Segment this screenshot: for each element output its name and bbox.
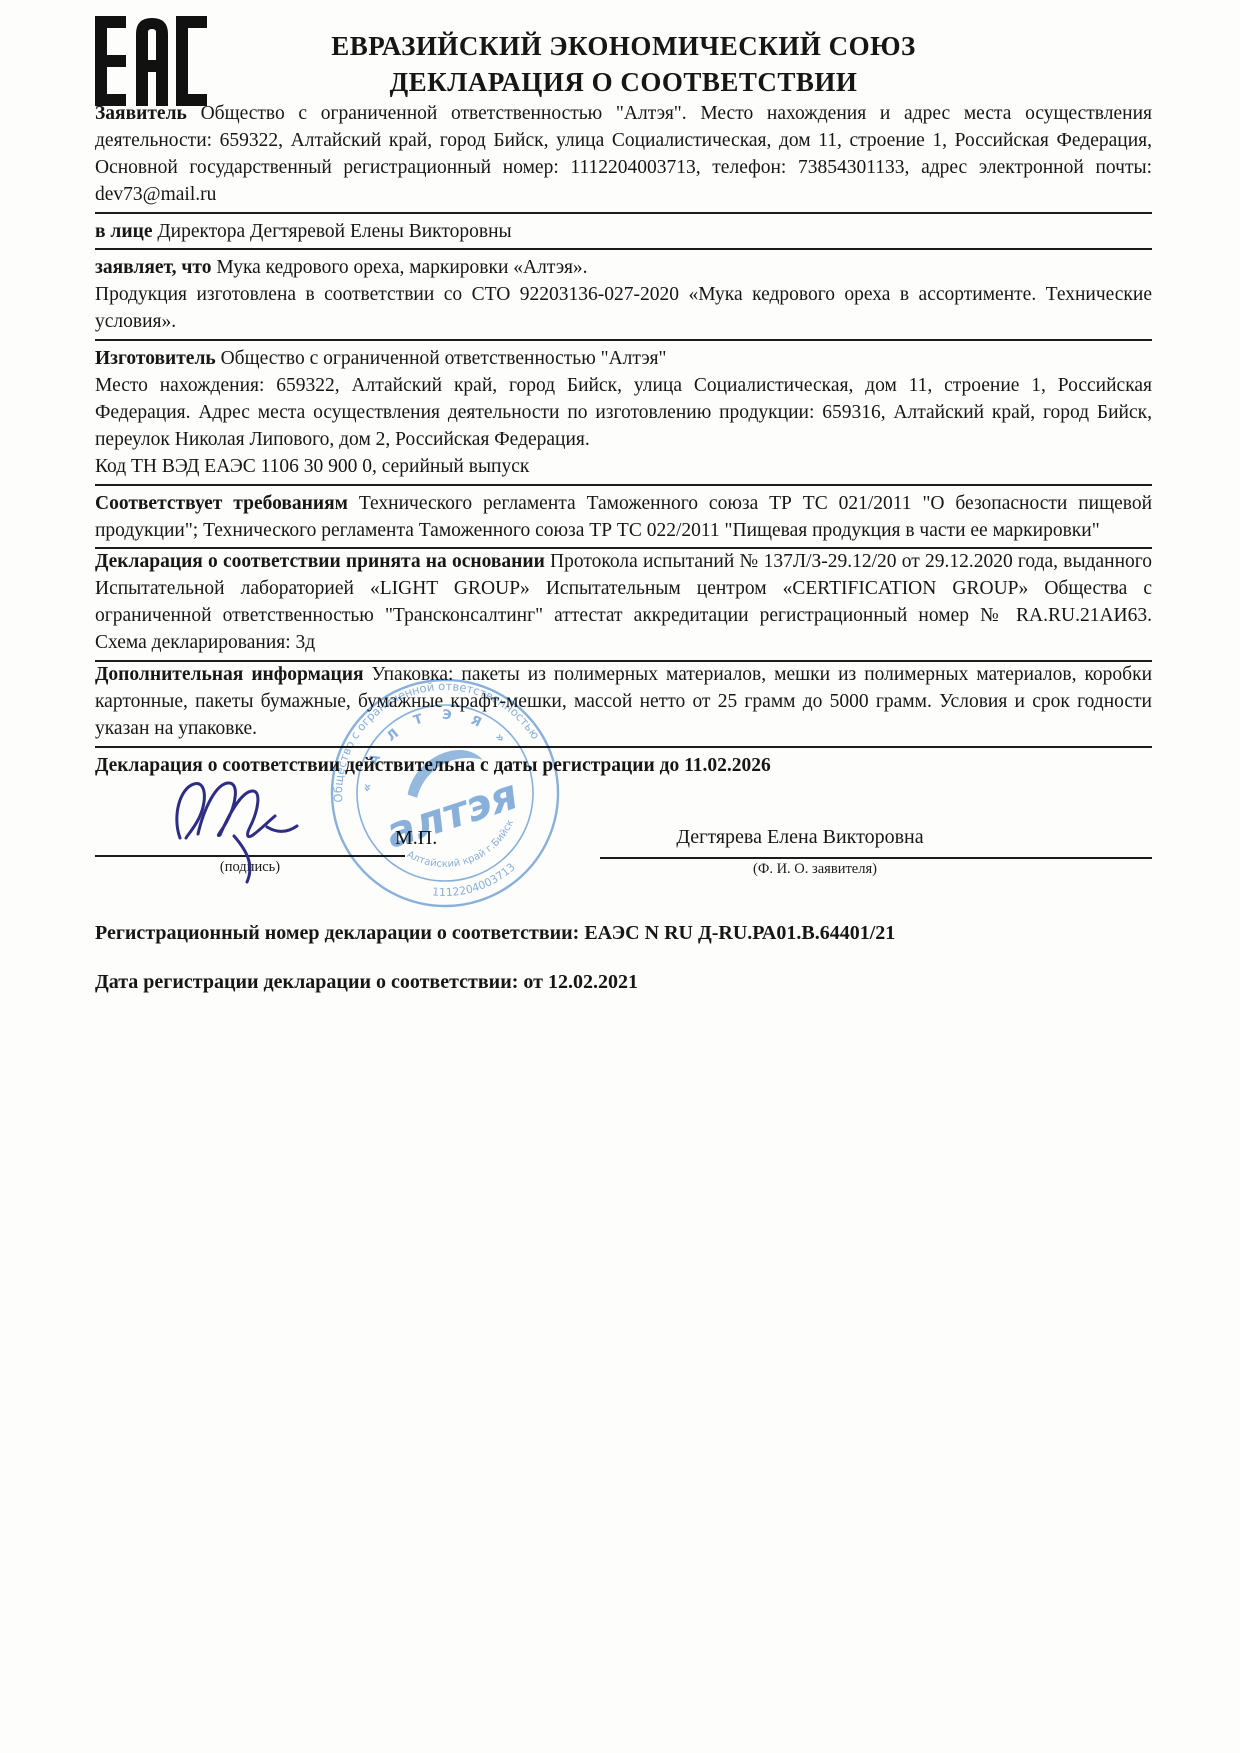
declaration-document: ЕВРАЗИЙСКИЙ ЭКОНОМИЧЕСКИЙ СОЮЗ ДЕКЛАРАЦИ… <box>0 0 1240 1753</box>
document-content: ЕВРАЗИЙСКИЙ ЭКОНОМИЧЕСКИЙ СОЮЗ ДЕКЛАРАЦИ… <box>95 0 1152 994</box>
section-complies: Соответствует требованиям Технического р… <box>95 486 1152 545</box>
registration-date-line: Дата регистрации декларации о соответств… <box>95 971 1152 994</box>
section-declares: заявляет, что Мука кедрового ореха, марк… <box>95 250 1152 282</box>
registration-number-value: ЕАЭС N RU Д-RU.РА01.В.64401/21 <box>584 922 895 944</box>
section-basis: Декларация о соответствии принята на осн… <box>95 549 1152 657</box>
signature-stroke <box>150 774 450 884</box>
registration-number-label: Регистрационный номер декларации о соотв… <box>95 922 579 944</box>
declares-product: Мука кедрового ореха, маркировки «Алтэя»… <box>216 257 587 278</box>
complies-label: Соответствует требованиям <box>95 493 348 514</box>
declares-label: заявляет, что <box>95 257 212 278</box>
title-line-2: ДЕКЛАРАЦИЯ О СООТВЕТСТВИИ <box>390 67 858 97</box>
section-represented-by: в лице Директора Дегтяревой Елены Виктор… <box>95 214 1152 246</box>
registration-date-value: от 12.02.2021 <box>523 971 638 993</box>
manufacturer-name: Общество с ограниченной ответственностью… <box>221 348 667 369</box>
applicant-label: Заявитель <box>95 103 187 124</box>
name-caption: (Ф. И. О. заявителя) <box>600 861 1030 878</box>
declares-standard: Продукция изготовлена в соответствии со … <box>95 282 1152 336</box>
additional-label: Дополнительная информация <box>95 664 364 685</box>
name-line <box>600 857 1152 859</box>
section-additional: Дополнительная информация Упаковка: паке… <box>95 662 1152 743</box>
represented-by-label: в лице <box>95 221 152 242</box>
section-manufacturer: Изготовитель Общество с ограниченной отв… <box>95 341 1152 373</box>
basis-label: Декларация о соответствии принята на осн… <box>95 551 545 572</box>
applicant-text: Общество с ограниченной ответственностью… <box>95 103 1152 205</box>
registration-date-label: Дата регистрации декларации о соответств… <box>95 971 518 993</box>
signature-block: Общество с ограниченной ответственностью… <box>95 780 1152 900</box>
manufacturer-tnved-code: Код ТН ВЭД ЕАЭС 1106 30 900 0, серийный … <box>95 454 1152 481</box>
title-line-1: ЕВРАЗИЙСКИЙ ЭКОНОМИЧЕСКИЙ СОЮЗ <box>331 31 915 61</box>
registration-number-line: Регистрационный номер декларации о соотв… <box>95 922 1152 945</box>
manufacturer-address: Место нахождения: 659322, Алтайский край… <box>95 373 1152 454</box>
manufacturer-label: Изготовитель <box>95 348 216 369</box>
document-title: ЕВРАЗИЙСКИЙ ЭКОНОМИЧЕСКИЙ СОЮЗ ДЕКЛАРАЦИ… <box>95 0 1152 101</box>
section-applicant: Заявитель Общество с ограниченной ответс… <box>95 101 1152 209</box>
applicant-full-name: Дегтярева Елена Викторовна <box>585 826 1015 849</box>
represented-by-text: Директора Дегтяревой Елены Викторовны <box>157 221 511 242</box>
